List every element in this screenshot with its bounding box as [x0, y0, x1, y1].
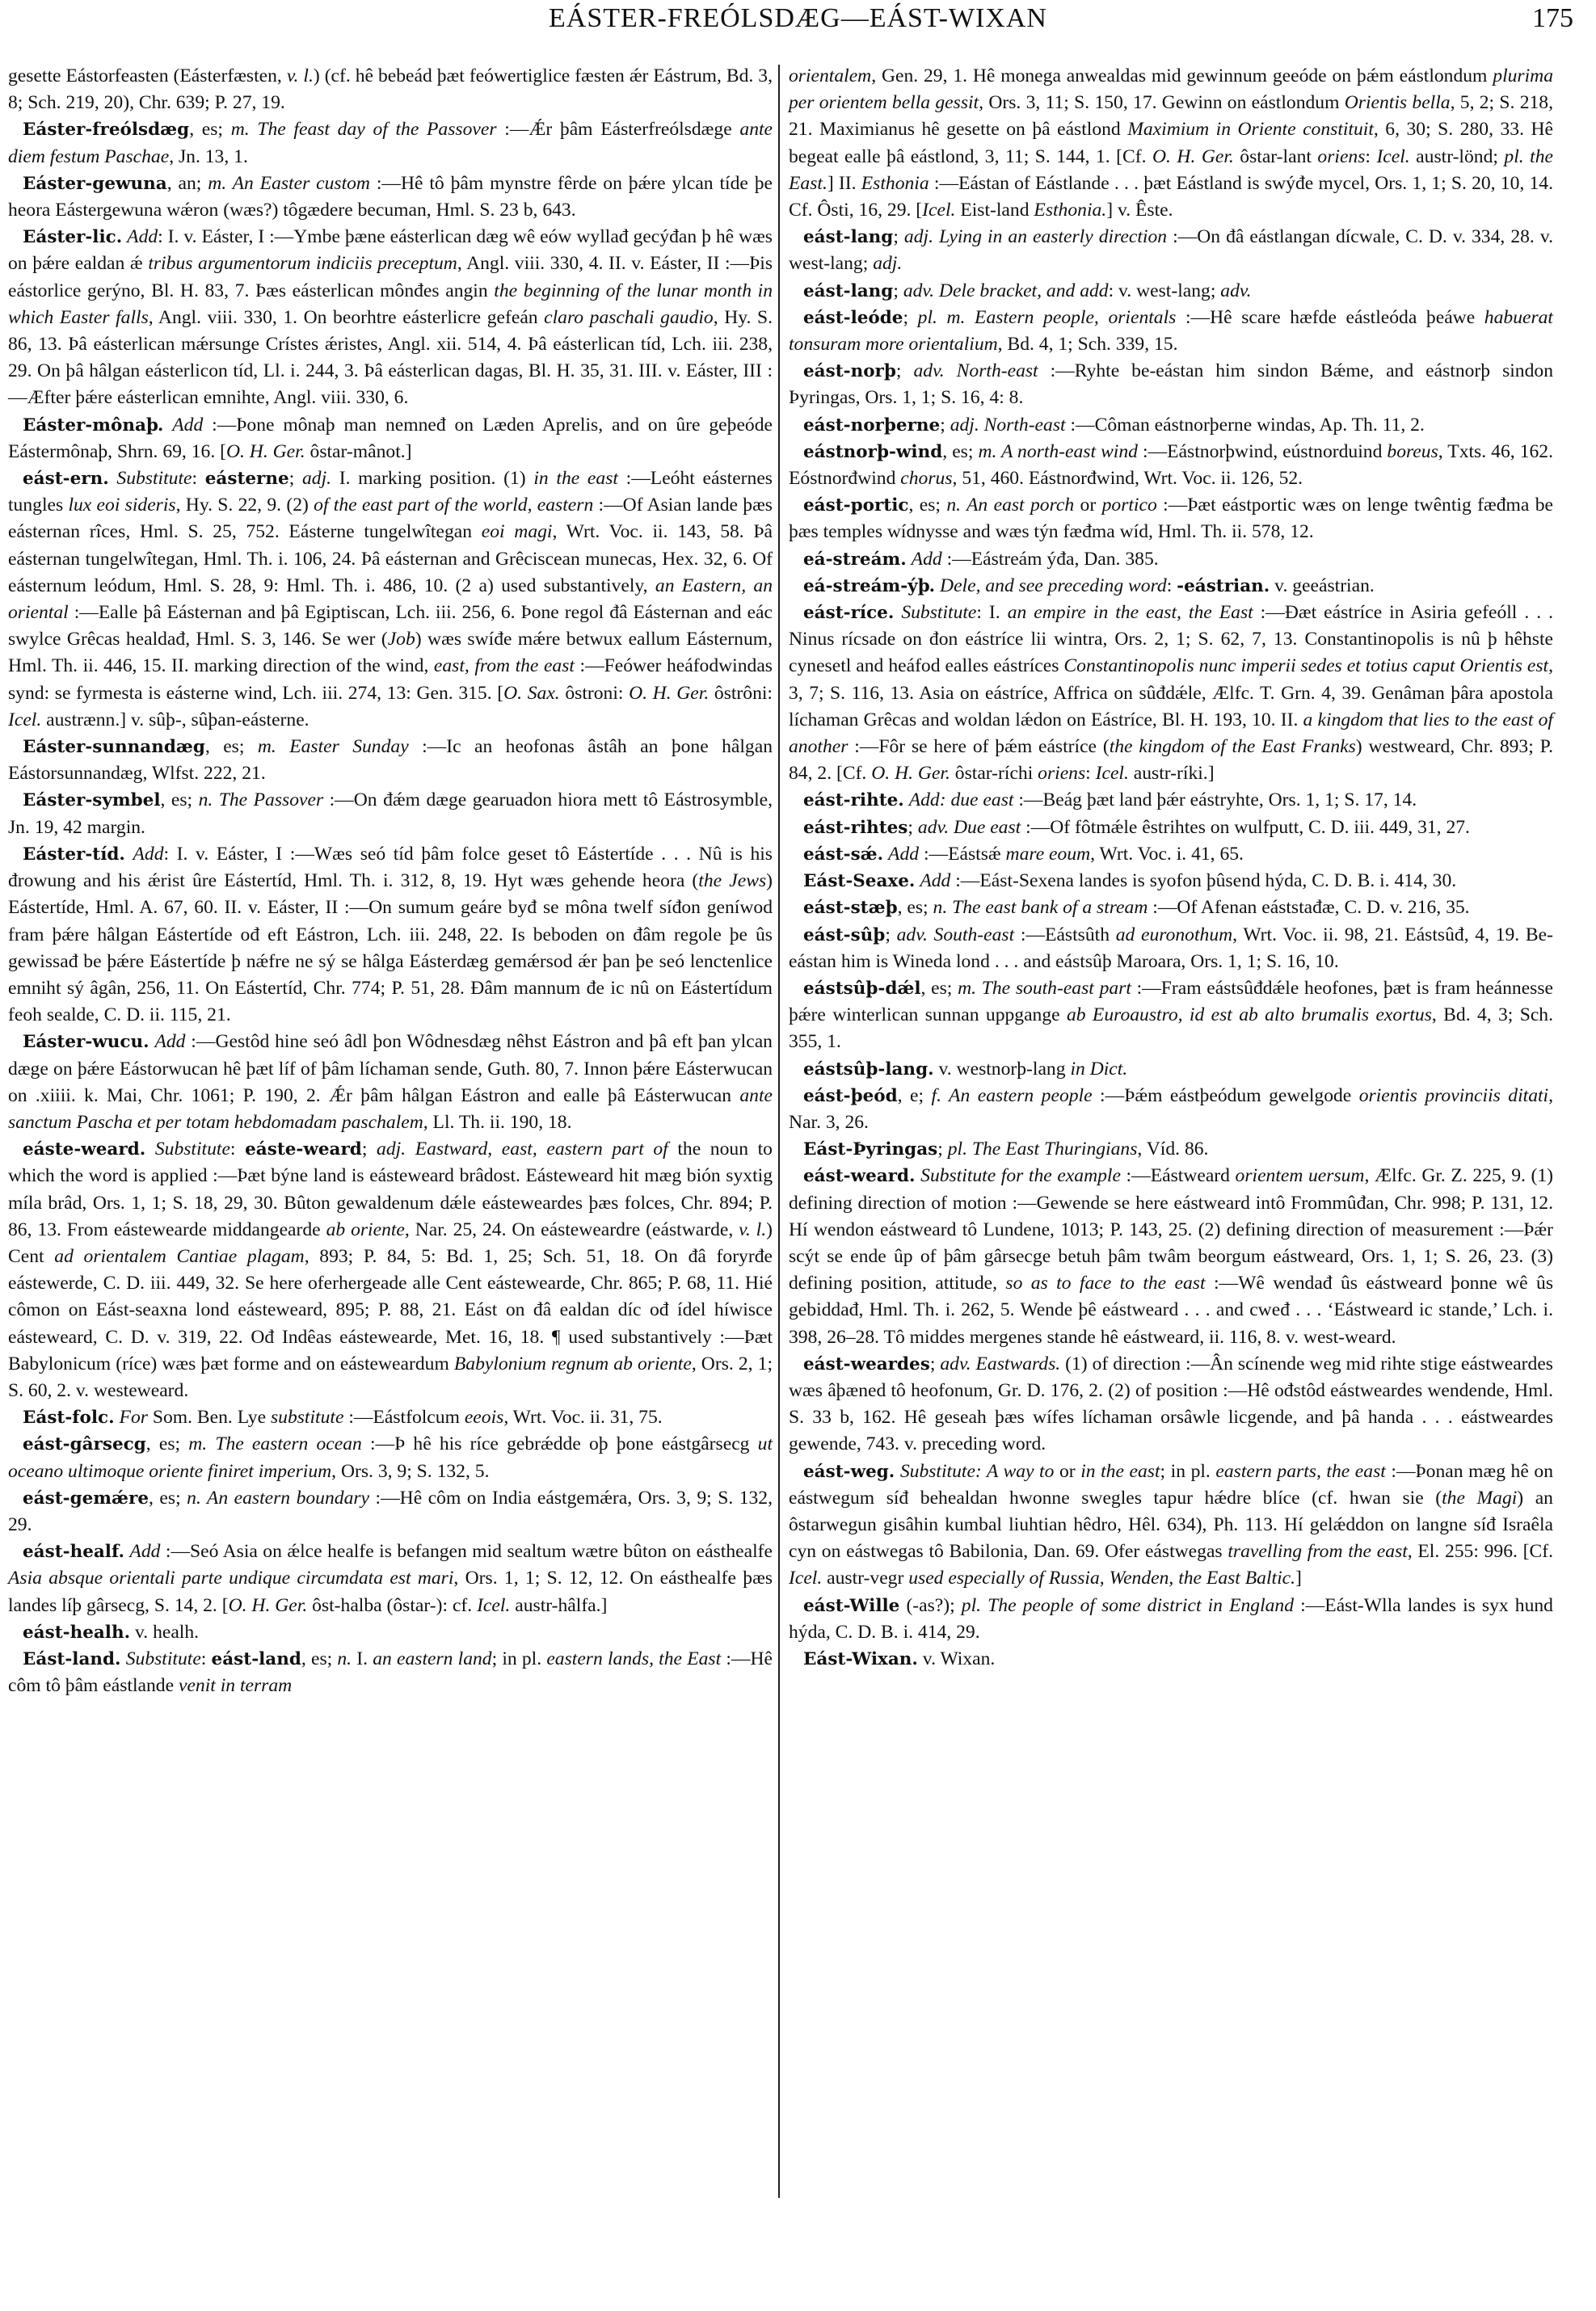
entry-text: :—Eástsûth: [1014, 924, 1116, 945]
entry-text: or: [1074, 495, 1101, 516]
italic-text: O. H. Ger.: [871, 763, 950, 784]
italic-text: Substitute: A way to: [900, 1461, 1055, 1482]
dictionary-entry: eástsûþ-dǽl, es; m. The south-east part …: [789, 975, 1553, 1056]
entry-text: ; in pl.: [492, 1648, 547, 1669]
headword: eást-healh.: [23, 1623, 130, 1643]
entry-text: , Wrt. Voc. i. 41, 65.: [1090, 844, 1244, 865]
entry-text: :: [192, 468, 204, 489]
entry-text: ôstar-lant: [1234, 146, 1318, 167]
italic-text: venit in terram: [179, 1675, 292, 1696]
italic-text: Add: [172, 415, 203, 436]
italic-text: eoi magi: [482, 521, 553, 542]
entry-text: :—Côman eástnorþerne windas, Ap. Th. 11,…: [1066, 415, 1425, 436]
italic-text: portico: [1102, 495, 1157, 516]
italic-text: tribus argumentorum indiciis preceptum: [148, 253, 457, 274]
dictionary-entry: eást-ríce. Substitute: I. an empire in t…: [789, 600, 1553, 787]
headword: eást-ern.: [23, 469, 109, 489]
entry-text: , Ors. 3, 11; S. 150, 17. Gewinn on eást…: [979, 92, 1345, 113]
entry-text: ôstar-mânot.]: [305, 441, 412, 462]
entry-text: [895, 1461, 900, 1482]
entry-text: ôst-halba (ôstar-): cf.: [307, 1595, 477, 1616]
headword: eástsûþ-lang.: [803, 1059, 934, 1080]
entry-text: austr-vegr: [822, 1568, 908, 1589]
dictionary-entry: eást-weg. Substitute: A way to or in the…: [789, 1459, 1553, 1593]
headword: eástsûþ-dǽl: [803, 979, 921, 999]
italic-text: the Magi: [1442, 1488, 1517, 1509]
dictionary-entry: eást-rihte. Add: due east :—Beág þæt lan…: [789, 787, 1553, 814]
italic-text: m. An Easter custom: [208, 173, 370, 194]
entry-text: ;: [930, 1353, 941, 1374]
italic-text: Icel.: [789, 1568, 822, 1589]
italic-text: adj. North-east: [950, 415, 1066, 436]
dictionary-entry: Eáster-wucu. Add :—Gestôd hine seó âdl þ…: [8, 1029, 773, 1136]
entry-text: v. geeástrian.: [1270, 575, 1375, 596]
entry-text: :—Beág þæt land þǽr eástryhte, Ors. 1, 1…: [1013, 789, 1417, 810]
italic-text: substitute: [271, 1407, 343, 1428]
entry-text: , es;: [942, 441, 978, 462]
dictionary-entry: eást-sûþ; adv. South-east :—Eástsûth ad …: [789, 922, 1553, 975]
entry-text: , es;: [908, 495, 946, 516]
headword: eáste-weard.: [23, 1139, 145, 1160]
italic-text: an empire in the east, the East: [1008, 602, 1253, 623]
entry-text: , 51, 460. Eástnorđwind, Wrt. Voc. ii. 1…: [953, 468, 1303, 489]
headword: eást-gemǽre: [23, 1488, 149, 1509]
entry-text: , an;: [167, 173, 208, 194]
entry-text: or: [1054, 1461, 1080, 1482]
dictionary-entry: eást-sǽ. Add :—Eástsǽ mare eoum, Wrt. Vo…: [789, 841, 1553, 868]
headword: Eáster-wucu.: [23, 1032, 149, 1052]
italic-text: Add: [129, 1541, 160, 1562]
headword: eástnorþ-wind: [803, 442, 942, 462]
italic-text: lux eoi sideris: [68, 495, 175, 516]
italic-text: Dele, and see preceding word: [940, 575, 1167, 596]
italic-text: Add: [133, 844, 164, 865]
italic-text: orientem uersum: [1236, 1165, 1365, 1186]
entry-text: ôstrôni:: [709, 683, 773, 704]
headword: eást-norþerne: [803, 415, 940, 436]
italic-text: Substitute: [901, 602, 976, 623]
dictionary-entry: Eáster-tíd. Add: I. v. Eáster, I :—Wæs s…: [8, 841, 773, 1029]
entry-text: , Víd. 86.: [1137, 1139, 1208, 1160]
entry-text: :—Of Afenan eáststađæ, C. D. v. 216, 35.: [1148, 897, 1469, 918]
headword: Eáster-sunnandæg: [23, 737, 205, 757]
headword: eást-weard.: [803, 1166, 916, 1186]
bold-form: -eástrian.: [1177, 576, 1270, 596]
italic-text: pl. The people of some district in Engla…: [962, 1595, 1294, 1616]
dictionary-entry: eást-lang; adj. Lying in an easterly dir…: [789, 224, 1553, 277]
italic-text: Icel.: [477, 1595, 510, 1616]
italic-text: n. An eastern boundary: [187, 1488, 369, 1509]
headword: eást-weardes: [803, 1354, 930, 1374]
dictionary-entry: eástnorþ-wind, es; m. A north-east wind …: [789, 439, 1553, 492]
entry-text: :—Þ hê his ríce gebrǽdde oþ þone eástgâr…: [362, 1433, 758, 1454]
entry-text: [109, 468, 117, 489]
headword: eást-portic: [803, 495, 908, 516]
italic-text: claro paschali gaudio: [544, 307, 714, 328]
italic-text: ad euronothum: [1116, 924, 1232, 945]
headword: eást-gârsecg: [23, 1434, 146, 1454]
italic-text: adv. South-east: [897, 924, 1015, 945]
italic-text: Asia absque orientali parte undique circ…: [8, 1568, 453, 1589]
entry-text: :—Eástnorþwind, eústnorduind: [1138, 441, 1387, 462]
italic-text: used especially of Russia, Wenden, the E…: [908, 1568, 1295, 1589]
italic-text: f. An eastern people: [932, 1085, 1093, 1106]
headword: eást-healf.: [23, 1542, 124, 1562]
column-divider: [778, 65, 780, 2198]
italic-text: Substitute: [116, 468, 192, 489]
headword: Eást-land.: [23, 1649, 121, 1669]
entry-text: austrænn.] v. sûþ-, sûþan-eásterne.: [41, 709, 309, 730]
italic-text: Add: [888, 844, 919, 865]
entry-text: , e;: [898, 1085, 932, 1106]
italic-text: O. Sax.: [503, 683, 560, 704]
italic-text: adj. Eastward, east, eastern part of: [377, 1139, 668, 1160]
headword: eást-lang: [803, 281, 893, 301]
entry-text: ]: [1295, 1568, 1302, 1589]
headword: Eást-Seaxe.: [803, 871, 915, 891]
italic-text: m. A north-east wind: [978, 441, 1138, 462]
left-column: gesette Eástorfeasten (Eásterfæsten, v. …: [8, 63, 773, 1699]
dictionary-entry: eást-norþ; adv. North-east :—Ryhte be-eá…: [789, 358, 1553, 411]
headword: Eáster-tíd.: [23, 844, 125, 865]
entry-text: :—Fôr se here of þǽm eástríce (: [848, 736, 1109, 757]
dictionary-entry: eást-þeód, e; f. An eastern people :—Þǽm…: [789, 1083, 1553, 1136]
dictionary-entry: eást-norþerne; adj. North-east :—Côman e…: [789, 412, 1553, 439]
page-number: 175: [1532, 3, 1573, 34]
dictionary-entry: eást-lang; adv. Dele bracket, and add: v…: [789, 278, 1553, 305]
entry-text: ;: [940, 415, 950, 436]
entry-text: :—Eástweard: [1121, 1165, 1236, 1186]
dictionary-entry: eáste-weard. Substitute: eáste-weard; ad…: [8, 1136, 773, 1404]
dictionary-entry: eást-gârsecg, es; m. The eastern ocean :…: [8, 1431, 773, 1484]
italic-text: Esthonia.: [1034, 200, 1106, 221]
entry-text: :—Seó Asia on ǽlce healfe is befangen mi…: [160, 1541, 773, 1562]
headword: Eáster-freólsdæg: [23, 120, 189, 140]
italic-text: n. An east porch: [946, 495, 1074, 516]
entry-text: gesette Eástorfeasten (Eásterfæsten,: [8, 65, 287, 86]
entry-text: [145, 1139, 155, 1160]
dictionary-entry: eá-streám-ýþ. Dele, and see preceding wo…: [789, 573, 1553, 600]
dictionary-entry: eástsûþ-lang. v. westnorþ-lang in Dict.: [789, 1056, 1553, 1083]
entry-text: ] v. Êste.: [1106, 200, 1173, 221]
entry-text: :—Eástfolcum: [343, 1407, 464, 1428]
italic-text: Constantinopolis nunc imperii sedes et t…: [1063, 655, 1548, 676]
entry-text: ;: [903, 307, 917, 328]
entry-text: ; in pl.: [1160, 1461, 1216, 1482]
headword: Eást-Þyringas: [803, 1139, 937, 1160]
headword: Eáster-lic.: [23, 227, 122, 247]
headword: eást-þeód: [803, 1086, 898, 1106]
italic-text: eeois: [465, 1407, 503, 1428]
headword: eást-rihte.: [803, 790, 904, 810]
italic-text: travelling from the east: [1228, 1541, 1407, 1562]
dictionary-entry: Eást-Wixan. v. Wixan.: [789, 1646, 1553, 1673]
italic-text: m. The south-east part: [958, 978, 1131, 999]
italic-text: adv. Eastwards.: [940, 1353, 1060, 1374]
entry-text: , Nar. 25, 24. On eásteweardre (eástward…: [405, 1219, 739, 1240]
italic-text: oriens: [1317, 146, 1365, 167]
italic-text: Substitute: [155, 1139, 230, 1160]
entry-text: Eist-land: [955, 200, 1034, 221]
italic-text: ab Euroaustro, id est ab alto brumalis e…: [1067, 1004, 1432, 1025]
italic-text: the kingdom of the East Franks: [1110, 736, 1356, 757]
entry-text: :—Of fôtmǽle êstrihtes on wulfputt, C. D…: [1021, 817, 1470, 838]
dictionary-entry: Eáster-sunnandæg, es; m. Easter Sunday :…: [8, 734, 773, 787]
entry-text: , El. 255: 996. [Cf.: [1408, 1541, 1553, 1562]
entry-text: Som. Ben. Lye: [148, 1407, 271, 1428]
dictionary-entry: eást-stæþ, es; n. The east bank of a str…: [789, 895, 1553, 921]
entry-text: :—Eást-Sexena landes is syofon þûsend hý…: [950, 870, 1456, 891]
entry-text: austr-ríki.]: [1129, 763, 1215, 784]
italic-text: ad orientalem Cantiae plagam: [54, 1246, 304, 1267]
italic-text: Add: [127, 226, 158, 247]
entry-text: ;: [362, 1139, 377, 1160]
entry-text: :: [1167, 575, 1177, 596]
dictionary-entry: Eáster-lic. Add: I. v. Eáster, I :—Ymbe …: [8, 224, 773, 411]
headword: eást-sûþ: [803, 925, 885, 945]
dictionary-entry: eást-gemǽre, es; n. An eastern boundary …: [8, 1485, 773, 1539]
entry-text: :: [1085, 763, 1095, 784]
dictionary-entry: Eást-folc. For Som. Ben. Lye substitute …: [8, 1404, 773, 1431]
italic-text: Babylonium regnum ab oriente: [454, 1353, 692, 1374]
entry-text: ôstar-ríchi: [950, 763, 1038, 784]
italic-text: pl. The East Thuringians: [948, 1139, 1138, 1160]
headword: eást-Wille: [803, 1596, 899, 1616]
italic-text: O. H. Ger.: [1152, 146, 1234, 167]
italic-text: Icel.: [1096, 763, 1129, 784]
italic-text: Substitute for the example: [920, 1165, 1121, 1186]
entry-text: :: [201, 1648, 212, 1669]
italic-text: so as to face to the east: [1005, 1273, 1205, 1294]
dictionary-entry: eást-weardes; adv. Eastwards. (1) of dir…: [789, 1351, 1553, 1459]
dictionary-entry: Eást-Seaxe. Add :—Eást-Sexena landes is …: [789, 868, 1553, 895]
entry-text: , es;: [921, 978, 958, 999]
bold-form: eást-land: [212, 1649, 301, 1669]
entry-continuation: gesette Eástorfeasten (Eásterfæsten, v. …: [8, 63, 773, 116]
entry-text: ôstroni:: [560, 683, 629, 704]
headword: eást-rihtes: [803, 818, 907, 838]
entry-text: , Hy. S. 22, 9. (2): [176, 495, 314, 516]
dictionary-entry: Eást-land. Substitute: eást-land, es; n.…: [8, 1646, 773, 1699]
page-header: EÁSTER-FREÓLSDÆG—EÁST-WIXAN 175: [0, 0, 1596, 48]
italic-text: an eastern land: [373, 1648, 491, 1669]
italic-text: Add: [912, 549, 942, 570]
italic-text: chorus: [900, 468, 952, 489]
italic-text: east, from the east: [434, 655, 575, 676]
entry-text: :: [230, 1139, 245, 1160]
headword: eást-ríce.: [803, 603, 894, 623]
entry-text: austr-lönd;: [1410, 146, 1505, 167]
headword: eást-norþ: [803, 361, 896, 381]
italic-text: O. H. Ger.: [226, 441, 305, 462]
italic-text: adv. Dele bracket, and add: [903, 280, 1109, 301]
italic-text: Esthonia: [861, 173, 929, 194]
entry-text: : v. west-lang;: [1109, 280, 1221, 301]
entry-text: , es;: [161, 789, 199, 810]
headword: eást-weg.: [803, 1462, 895, 1482]
entry-text: ] II.: [827, 173, 861, 194]
italic-text: oriens: [1038, 763, 1085, 784]
entry-text: , es;: [146, 1433, 188, 1454]
dictionary-entry: eá-streám. Add :—Eástreám ýđa, Dan. 385.: [789, 546, 1553, 573]
entry-text: ;: [907, 817, 917, 838]
dictionary-entry: Eáster-gewuna, an; m. An Easter custom :…: [8, 170, 773, 224]
dictionary-entry: eást-rihtes; adv. Due east :—Of fôtmǽle …: [789, 815, 1553, 841]
italic-text: of the east part of the world, eastern: [314, 495, 593, 516]
entry-text: v. westnorþ-lang: [934, 1059, 1071, 1080]
entry-text: , Gen. 29, 1. Hê monega anwealdas mid ge…: [871, 65, 1493, 86]
entry-text: ;: [937, 1139, 947, 1160]
italic-text: adj.: [873, 253, 902, 274]
entry-text: :—Hê scare hæfde eástleóda þeáwe: [1176, 307, 1484, 328]
entry-text: austr-hâlfa.]: [510, 1595, 607, 1616]
dictionary-entry: eást-healf. Add :—Seó Asia on ǽlce healf…: [8, 1539, 773, 1619]
entry-text: I. marking position. (1): [331, 468, 533, 489]
italic-text: Icel.: [8, 709, 41, 730]
italic-text: Add: [154, 1031, 185, 1052]
italic-text: adv. North-east: [913, 360, 1038, 381]
dictionary-entry: Eáster-mônaþ. Add :—Þone mônaþ man nemne…: [8, 412, 773, 465]
entry-text: , es;: [205, 736, 258, 757]
entry-text: (-as?);: [899, 1595, 961, 1616]
headword: Eáster-symbel: [23, 790, 161, 810]
dictionary-entry: eást-leóde; pl. m. Eastern people, orien…: [789, 305, 1553, 358]
italic-text: Icel.: [1376, 146, 1409, 167]
entry-text: :—Eástsǽ: [919, 844, 1006, 865]
headword: eást-sǽ.: [803, 844, 883, 865]
italic-text: O. H. Ger.: [229, 1595, 308, 1616]
dictionary-entry: eást-Wille (-as?); pl. The people of som…: [789, 1593, 1553, 1646]
italic-text: adv. Due east: [918, 817, 1021, 838]
entry-text: ;: [885, 924, 896, 945]
entry-text: ;: [896, 360, 914, 381]
entry-text: :: [1365, 146, 1376, 167]
italic-text: v. l.: [287, 65, 314, 86]
italic-text: v. l.: [739, 1219, 766, 1240]
entry-text: , Wrt. Voc. ii. 31, 75.: [503, 1407, 662, 1428]
entry-text: ;: [893, 280, 903, 301]
entry-text: , es;: [149, 1488, 187, 1509]
italic-text: n. The Passover: [199, 789, 324, 810]
entry-text: , Jn. 13, 1.: [169, 146, 248, 167]
italic-text: adj. Lying in an easterly direction: [904, 226, 1167, 247]
italic-text: ab oriente: [326, 1219, 405, 1240]
headword: eást-stæþ: [803, 898, 898, 918]
headword: eá-streám.: [803, 549, 907, 570]
headword: Eást-Wixan.: [803, 1649, 918, 1669]
entry-text: , Ll. Th. ii. 190, 18.: [423, 1112, 572, 1133]
entry-text: :—Eástreám ýđa, Dan. 385.: [942, 549, 1159, 570]
entry-text: , es;: [301, 1648, 337, 1669]
dictionary-entry: Eáster-freólsdæg, es; m. The feast day o…: [8, 116, 773, 170]
italic-text: adj.: [302, 468, 331, 489]
italic-text: Job: [388, 629, 415, 650]
headword: eást-lang: [803, 227, 893, 247]
italic-text: boreus: [1387, 441, 1438, 462]
italic-text: O. H. Ger.: [629, 683, 709, 704]
entry-text: ) Eástertíde, Hml. A. 67, 60. II. v. Eás…: [8, 870, 773, 1025]
italic-text: the Jews: [698, 870, 766, 891]
italic-text: eastern parts, the east: [1215, 1461, 1385, 1482]
italic-text: Icel.: [922, 200, 955, 221]
italic-text: For: [120, 1407, 148, 1428]
dictionary-entry: eást-portic, es; n. An east porch or por…: [789, 492, 1553, 545]
italic-text: Orientis bella: [1345, 92, 1451, 113]
bold-form: eásterne: [205, 469, 289, 489]
italic-text: in the east: [1080, 1461, 1160, 1482]
entry-text: , es;: [898, 897, 933, 918]
italic-text: m. The eastern ocean: [188, 1433, 362, 1454]
entry-text: , es;: [189, 119, 231, 140]
entry-text: [163, 415, 172, 436]
headword: Eáster-gewuna: [23, 174, 167, 194]
entry-text: [894, 602, 901, 623]
entry-text: :—Þǽm eástþeódum gewelgode: [1093, 1085, 1359, 1106]
entry-text: I.: [352, 1648, 373, 1669]
entry-continuation: orientalem, Gen. 29, 1. Hê monega anweal…: [789, 63, 1553, 224]
headword: eá-streám-ýþ.: [803, 576, 935, 596]
entry-text: v. Wixan.: [918, 1648, 995, 1669]
dictionary-entry: Eáster-symbel, es; n. The Passover :—On …: [8, 787, 773, 840]
entry-text: v. healh.: [130, 1622, 199, 1643]
italic-text: in Dict.: [1070, 1059, 1127, 1080]
entry-text: , Bd. 4, 1; Sch. 339, 15.: [998, 334, 1178, 355]
dictionary-entry: eást-weard. Substitute for the example :…: [789, 1163, 1553, 1350]
headword: Eáster-mônaþ.: [23, 415, 163, 436]
italic-text: orientis provinciis ditati: [1359, 1085, 1548, 1106]
right-column: orientalem, Gen. 29, 1. Hê monega anweal…: [789, 63, 1553, 1673]
italic-text: adv.: [1220, 280, 1251, 301]
headword: eást-leóde: [803, 308, 903, 328]
italic-text: Maximium in Oriente constituit: [1127, 119, 1374, 140]
dictionary-entry: eást-ern. Substitute: eásterne; adj. I. …: [8, 465, 773, 734]
entry-text: , Angl. viii. 330, 1. On beorhtre eáster…: [149, 307, 544, 328]
entry-text: ;: [893, 226, 904, 247]
entry-text: , Ors. 3, 9; S. 132, 5.: [331, 1461, 489, 1482]
italic-text: pl. m. Eastern people, orientals: [918, 307, 1177, 328]
entry-text: ;: [289, 468, 302, 489]
headword: Eást-folc.: [23, 1408, 115, 1428]
italic-text: m. The feast day of the Passover: [231, 119, 497, 140]
italic-text: m. Easter Sunday: [258, 736, 409, 757]
dictionary-entry: Eást-Þyringas; pl. The East Thuringians,…: [789, 1136, 1553, 1163]
italic-text: orientalem: [789, 65, 871, 86]
italic-text: Add: due east: [909, 789, 1014, 810]
italic-text: n.: [337, 1648, 352, 1669]
italic-text: in the east: [533, 468, 618, 489]
italic-text: Substitute: [126, 1648, 201, 1669]
italic-text: mare eoum: [1006, 844, 1091, 865]
italic-text: Add: [920, 870, 950, 891]
entry-text: :—Ǽr þâm Eásterfreólsdæge: [497, 119, 740, 140]
running-head: EÁSTER-FREÓLSDÆG—EÁST-WIXAN: [0, 3, 1596, 34]
entry-text: [125, 844, 133, 865]
italic-text: eastern lands, the East: [546, 1648, 721, 1669]
italic-text: n. The east bank of a stream: [933, 897, 1148, 918]
entry-text: : I.: [976, 602, 1007, 623]
dictionary-entry: eást-healh. v. healh.: [8, 1619, 773, 1646]
bold-form: eáste-weard: [245, 1139, 362, 1160]
